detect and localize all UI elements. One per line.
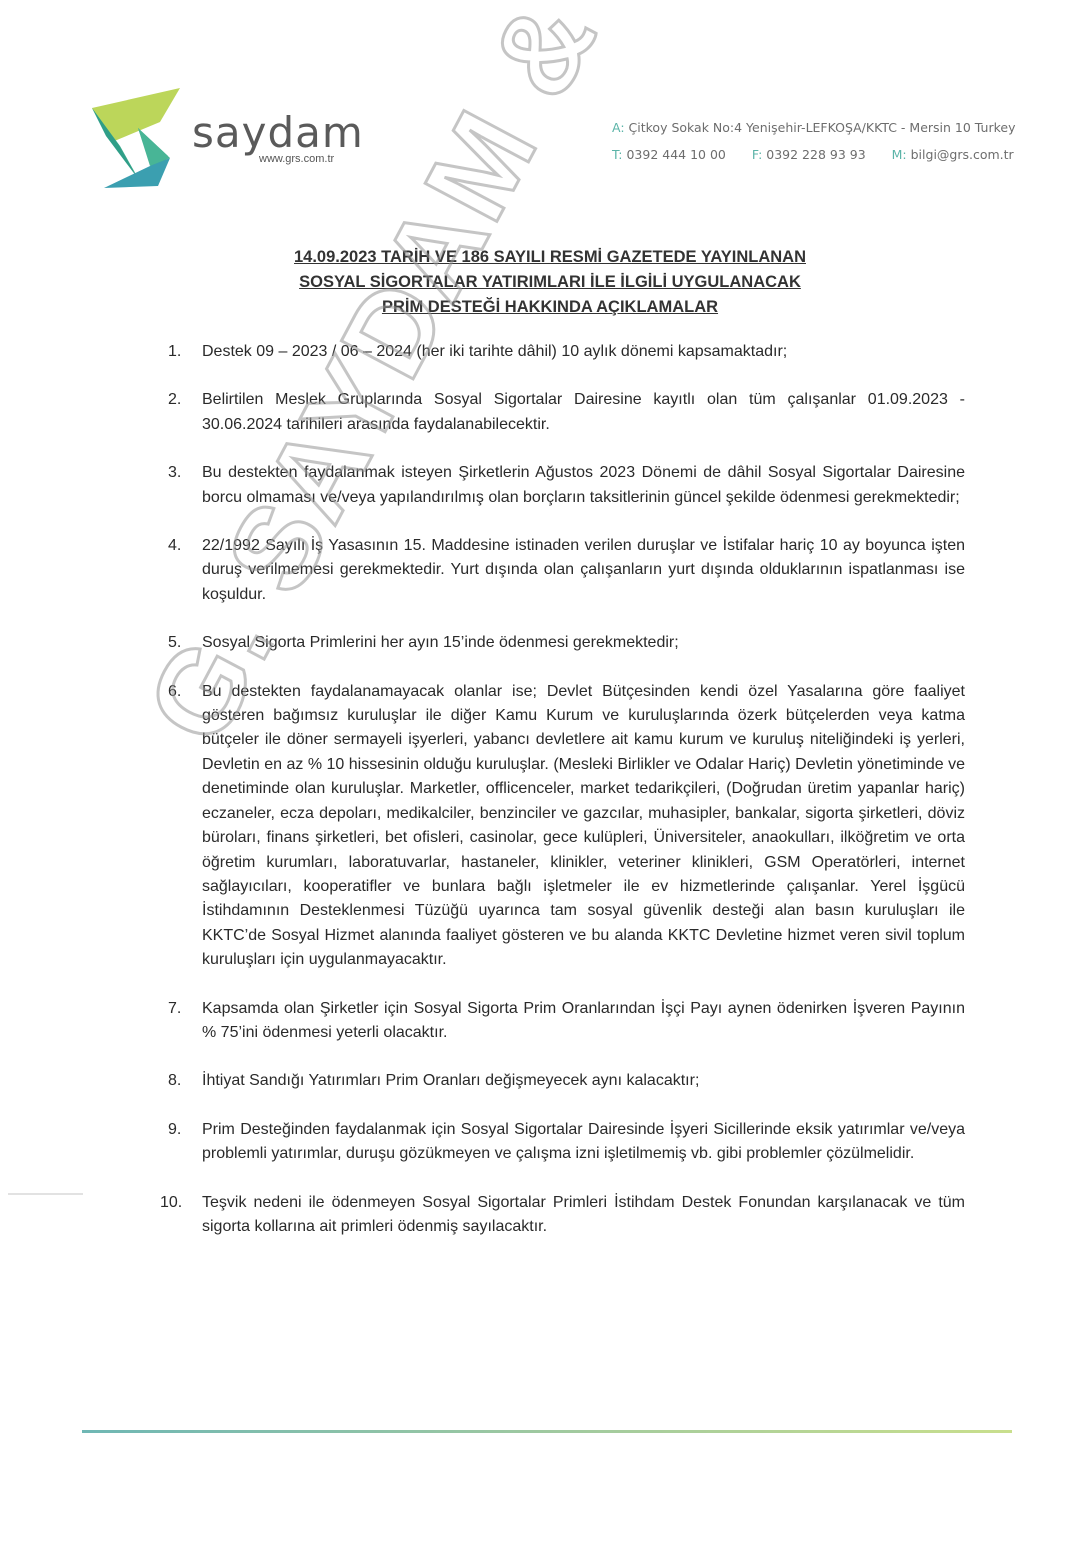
item-text: Belirtilen Meslek Gruplarında Sosyal Sig… (202, 391, 965, 432)
item-text: İhtiyat Sandığı Yatırımları Prim Oranlar… (202, 1072, 699, 1089)
address-label: A: (612, 120, 625, 135)
list-item: 9.Prim Desteğinden faydalanmak için Sosy… (160, 1118, 965, 1167)
address-line: A: Çitkoy Sokak No:4 Yenişehir-LEFKOŞA/K… (612, 120, 1015, 135)
list-item: 7.Kapsamda olan Şirketler için Sosyal Si… (160, 997, 965, 1046)
title-line: PRİM DESTEĞİ HAKKINDA AÇIKLAMALAR (170, 295, 930, 320)
item-text: Kapsamda olan Şirketler için Sosyal Sigo… (202, 1000, 965, 1041)
margin-mark (8, 1193, 83, 1195)
footer-divider (82, 1430, 1012, 1433)
mail-text: bilgi@grs.com.tr (911, 147, 1014, 162)
phone-label: T: (612, 147, 622, 162)
list-item: 2.Belirtilen Meslek Gruplarında Sosyal S… (160, 388, 965, 437)
item-number: 10. (160, 1191, 190, 1215)
brand-url: www.grs.com.tr (259, 153, 334, 165)
list-item: 3.Bu destekten faydalanmak isteyen Şirke… (160, 461, 965, 510)
item-text: Destek 09 – 2023 / 06 – 2024 (her iki ta… (202, 343, 787, 360)
list-item: 4.22/1992 Sayılı İş Yasasının 15. Maddes… (160, 534, 965, 607)
item-number: 5. (168, 631, 198, 655)
item-text: Sosyal Sigorta Primlerini her ayın 15’in… (202, 634, 679, 651)
item-number: 9. (168, 1118, 198, 1142)
item-number: 3. (168, 461, 198, 485)
item-number: 2. (168, 388, 198, 412)
numbered-list: 1.Destek 09 – 2023 / 06 – 2024 (her iki … (160, 340, 965, 1239)
title-line: SOSYAL SİGORTALAR YATIRIMLARI İLE İLGİLİ… (170, 270, 930, 295)
item-text: 22/1992 Sayılı İş Yasasının 15. Maddesin… (202, 537, 965, 603)
fax-label: F: (752, 147, 762, 162)
address-text: Çitkoy Sokak No:4 Yenişehir-LEFKOŞA/KKTC… (629, 120, 1016, 135)
mail-label: M: (892, 147, 907, 162)
item-text: Prim Desteğinden faydalanmak için Sosyal… (202, 1121, 965, 1162)
item-text: Bu destekten faydalanamayacak olanlar is… (202, 683, 965, 968)
contact-line: T: 0392 444 10 00 F: 0392 228 93 93 M: b… (612, 147, 1014, 162)
list-item: 1.Destek 09 – 2023 / 06 – 2024 (her iki … (160, 340, 965, 364)
fax-text: 0392 228 93 93 (766, 147, 865, 162)
item-number: 8. (168, 1069, 198, 1093)
item-text: Teşvik nedeni ile ödenmeyen Sosyal Sigor… (202, 1194, 965, 1235)
item-number: 4. (168, 534, 198, 558)
item-text: Bu destekten faydalanmak isteyen Şirketl… (202, 464, 965, 505)
list-item: 6.Bu destekten faydalanamayacak olanlar … (160, 680, 965, 973)
phone-text: 0392 444 10 00 (626, 147, 725, 162)
item-number: 7. (168, 997, 198, 1021)
document-title: 14.09.2023 TARİH VE 186 SAYILI RESMİ GAZ… (170, 245, 930, 320)
list-item: 8.İhtiyat Sandığı Yatırımları Prim Oranl… (160, 1069, 965, 1093)
list-item: 5.Sosyal Sigorta Primlerini her ayın 15’… (160, 631, 965, 655)
brand-name: saydam (192, 112, 364, 154)
saydam-logo-icon (88, 86, 188, 191)
item-number: 6. (168, 680, 198, 704)
list-item: 10.Teşvik nedeni ile ödenmeyen Sosyal Si… (160, 1191, 965, 1240)
title-line: 14.09.2023 TARİH VE 186 SAYILI RESMİ GAZ… (170, 245, 930, 270)
item-number: 1. (168, 340, 198, 364)
